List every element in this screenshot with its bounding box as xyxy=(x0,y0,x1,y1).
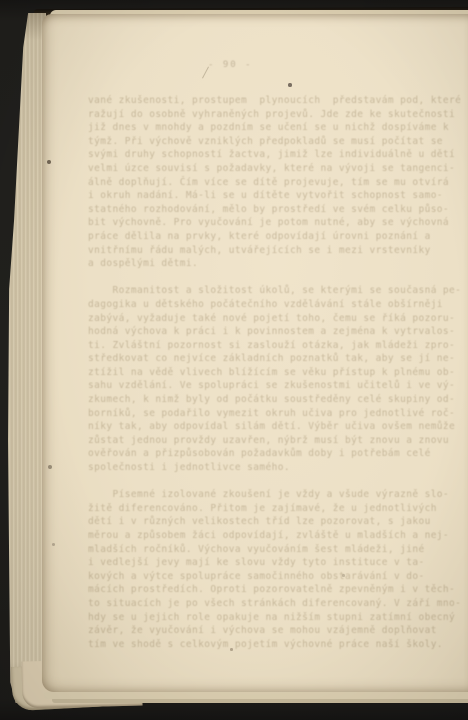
bleed-line: svými druhy schopností žactva, jimiž lze… xyxy=(88,148,468,162)
ink-speck xyxy=(230,648,233,651)
bleed-line: závěr, že vyučování i výchova se mohou v… xyxy=(88,624,468,638)
bleed-line: hdy se u jejich role opakuje na nižším s… xyxy=(88,611,468,625)
under-sheet-bottom-edge xyxy=(44,692,468,699)
bleed-line: mladších ročníků. Výchova vyučováním šes… xyxy=(88,543,468,557)
ink-speck xyxy=(288,83,292,87)
bleed-line: i vedlejší jevy mají ke slovu vždy tyto … xyxy=(88,556,468,570)
bleed-paragraph: Písemné izolované zkoušení je vždy a všu… xyxy=(88,488,468,651)
bleed-line: kových a výtce spolupráce samočinného ob… xyxy=(88,570,468,584)
bleed-text: vané zkušenosti, prostupem plynoucích př… xyxy=(88,94,468,665)
bleed-line: žitě diferencováno. Přitom je zajímavé, … xyxy=(88,502,468,516)
page-edge-stack xyxy=(8,13,46,703)
bleed-paragraph: Rozmanitost a složitost úkolů, se kterým… xyxy=(88,284,468,474)
bleed-line: mácích prostředích. Oproti pozorovatelně… xyxy=(88,583,468,597)
bleed-line: dagogika u dětského počátečního vzdělává… xyxy=(88,298,468,312)
bleed-line: sahu vzdělání. Ve spolupráci se zkušenos… xyxy=(88,379,468,393)
bleed-line: společnosti i jednotlivce samého. xyxy=(88,461,468,475)
bleed-line: vnitřnímu řádu malých, utvářejících se i… xyxy=(88,244,468,258)
ink-speck xyxy=(47,160,51,164)
bleed-line: práce dělila na prvky, které odpovídají … xyxy=(88,230,468,244)
bleed-line: týmž. Při výchově vzniklých předpokladů … xyxy=(88,135,468,149)
bleed-line: i okruh nadání. Má-li se u dítěte vytvoř… xyxy=(88,189,468,203)
bleed-line: to situacích je po všech stránkách difer… xyxy=(88,597,468,611)
bleed-line: hodná výchova k práci i k povinnostem a … xyxy=(88,325,468,339)
bleed-line: ti. Zvláštní pozornost si zaslouží otázk… xyxy=(88,339,468,353)
bleed-line: ověřován a přizpůsobován požadavkům doby… xyxy=(88,447,468,461)
bleed-line: velmi úzce souvisí s požadavky, které na… xyxy=(88,162,468,176)
bleed-line: Rozmanitost a složitost úkolů, se kterým… xyxy=(88,284,468,298)
blank-page: - 90 - vané zkušenosti, prostupem plynou… xyxy=(42,14,468,692)
bleed-line: zabývá, vyžaduje také nové pojetí toho, … xyxy=(88,312,468,326)
bleed-line: dětí i v různých velikostech tříd lze po… xyxy=(88,515,468,529)
bleed-line: měrou a způsobem žáci odpovídají, zvlášt… xyxy=(88,529,468,543)
bleed-line: zkumech, k nimž byly od počátku soustřed… xyxy=(88,393,468,407)
bleed-line: středkovat co nejvíce základních poznatk… xyxy=(88,352,468,366)
ink-speck xyxy=(52,543,55,546)
bleed-line: ztížil na vědě vlivech blížícím se věku … xyxy=(88,366,468,380)
bleed-line: bit výchovně. Pro vyučování je potom nut… xyxy=(88,216,468,230)
bleed-line: níky tak, aby odpovídal silám dětí. Výbě… xyxy=(88,420,468,434)
bleed-line: tím ve shodě s celkovým pojetím výchovné… xyxy=(88,638,468,652)
bleed-line: a dospělými dětmi. xyxy=(88,257,468,271)
bleed-line: álně doplňují. Čím více se dítě projevuj… xyxy=(88,176,468,190)
bleed-paragraph: vané zkušenosti, prostupem plynoucích př… xyxy=(88,94,468,271)
scanned-book-page: - 90 - vané zkušenosti, prostupem plynou… xyxy=(0,0,468,720)
ink-speck xyxy=(342,574,345,577)
bleed-line: borníků, se podařilo vymezit okruh učiva… xyxy=(88,407,468,421)
bleed-line: Písemné izolované zkoušení je vždy a všu… xyxy=(88,488,468,502)
bleed-line: vané zkušenosti, prostupem plynoucích př… xyxy=(88,94,468,108)
bleed-line: již dnes v mnohdy a pozdním se učení se … xyxy=(88,121,468,135)
bleed-line: zůstat jednou provždy uzavřen, nýbrž mus… xyxy=(88,434,468,448)
page-number-showthrough: - 90 - xyxy=(208,60,253,70)
bleed-line: ražují do osobně vyhraněných projevů. Jd… xyxy=(88,108,468,122)
ink-speck xyxy=(48,465,52,469)
bleed-line: statného rozhodování, mělo by prostředí … xyxy=(88,203,468,217)
